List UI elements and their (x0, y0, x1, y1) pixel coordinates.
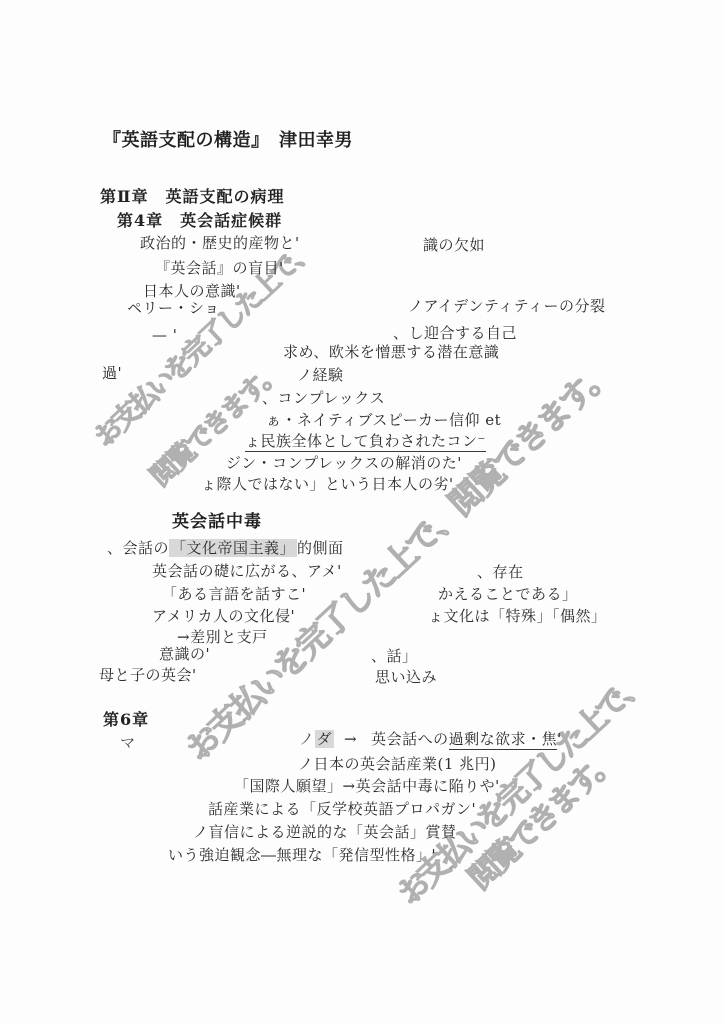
doc-line: →差別と支戸 (177, 628, 268, 646)
doc-line: かえることである」 (438, 585, 578, 603)
doc-line: 話産業による「反学校英語プロパガン' (208, 800, 476, 818)
underlined-text: ょ民族全体として負わされたコン⁻ (245, 432, 486, 452)
doc-line: 識の欠如 (423, 236, 485, 254)
chapter-2-heading: 第Ⅱ章 英語支配の病理 (100, 187, 285, 206)
arrow-glyph: → (344, 730, 357, 748)
line-suffix: 的側面 (297, 539, 344, 557)
doc-line: ノアイデンティティーの分裂 (408, 297, 605, 315)
underlined-text: 過剰な欲求・焦 (449, 730, 558, 750)
doc-line: ょ文化は「特殊」「偶然」 (428, 607, 607, 625)
line-prefix: 、会話の (107, 539, 169, 557)
line-prefix: ノ (299, 730, 315, 748)
doc-line: 母と子の英会' (99, 666, 197, 684)
doc-line: — ' (152, 326, 177, 344)
doc-line-underlined: ょ民族全体として負わされたコン⁻ (245, 432, 486, 450)
highlighted-term: 「文化帝国主義」 (169, 539, 297, 557)
doc-line: 日本人の意識' (143, 282, 241, 300)
chapter-6-heading: 第6章 (103, 710, 149, 729)
doc-line: マ (120, 734, 136, 752)
section-heading-eikaiwa-addiction: 英会話中毒 (172, 512, 262, 532)
doc-line: 、し迎合する自己 (393, 324, 517, 342)
doc-line: 求め、欧米を憎悪する潜在意識 (283, 343, 499, 361)
document-title: 『英語支配の構造』 津田幸男 (103, 130, 353, 152)
doc-line: 、存在 (477, 563, 524, 581)
doc-line: 『英会話』の盲目' (155, 259, 284, 277)
doc-line: アメリカ人の文化侵' (152, 607, 295, 625)
doc-line: ジン・コンプレックスの解消のた' (226, 454, 462, 472)
doc-line: 、コンプレックス (262, 389, 385, 407)
doc-line: 政治的・歴史的産物と' (140, 234, 300, 252)
doc-line: ペリー・ショ (127, 299, 220, 317)
doc-line: ぁ・ネイティブスピーカー信仰 et (266, 411, 501, 429)
highlighted-term: ダ (315, 730, 335, 748)
doc-line: ノ経験 (297, 366, 344, 384)
doc-line: いう強迫観念―無理な「発信型性格」' (168, 846, 436, 864)
doc-line-with-highlight: ノダ→英会話への過剰な欲求・焦' (299, 730, 562, 748)
doc-line: ょ際人ではない」という日本人の劣' (201, 475, 454, 493)
line-text: 英会話への (371, 730, 449, 748)
doc-line: 「国際人願望」→英会話中毒に陥りや' (234, 777, 500, 795)
doc-line: ノ日本の英会話産業(1 兆円) (298, 755, 497, 773)
chapter-4-heading: 第4章 英会話症候群 (117, 211, 282, 230)
doc-line: 思い込み (375, 668, 437, 686)
doc-line: 英会話の礎に広がる、アメ' (152, 562, 342, 580)
doc-line: 「ある言語を話すこ' (162, 585, 306, 603)
doc-line-with-highlight: 、会話の「文化帝国主義」的側面 (107, 539, 344, 557)
doc-line: 、話」 (371, 647, 418, 665)
scanned-document-page: お支払いを完了した上で、閲覧できます。 お支払いを完了した上で、閲覧できます。 … (0, 0, 724, 1024)
doc-line: 意識の' (159, 645, 210, 663)
doc-line: ノ盲信による逆説的な「英会話」賞賛 (193, 823, 457, 841)
line-suffix: ' (557, 730, 562, 748)
doc-line: 過' (102, 364, 122, 382)
